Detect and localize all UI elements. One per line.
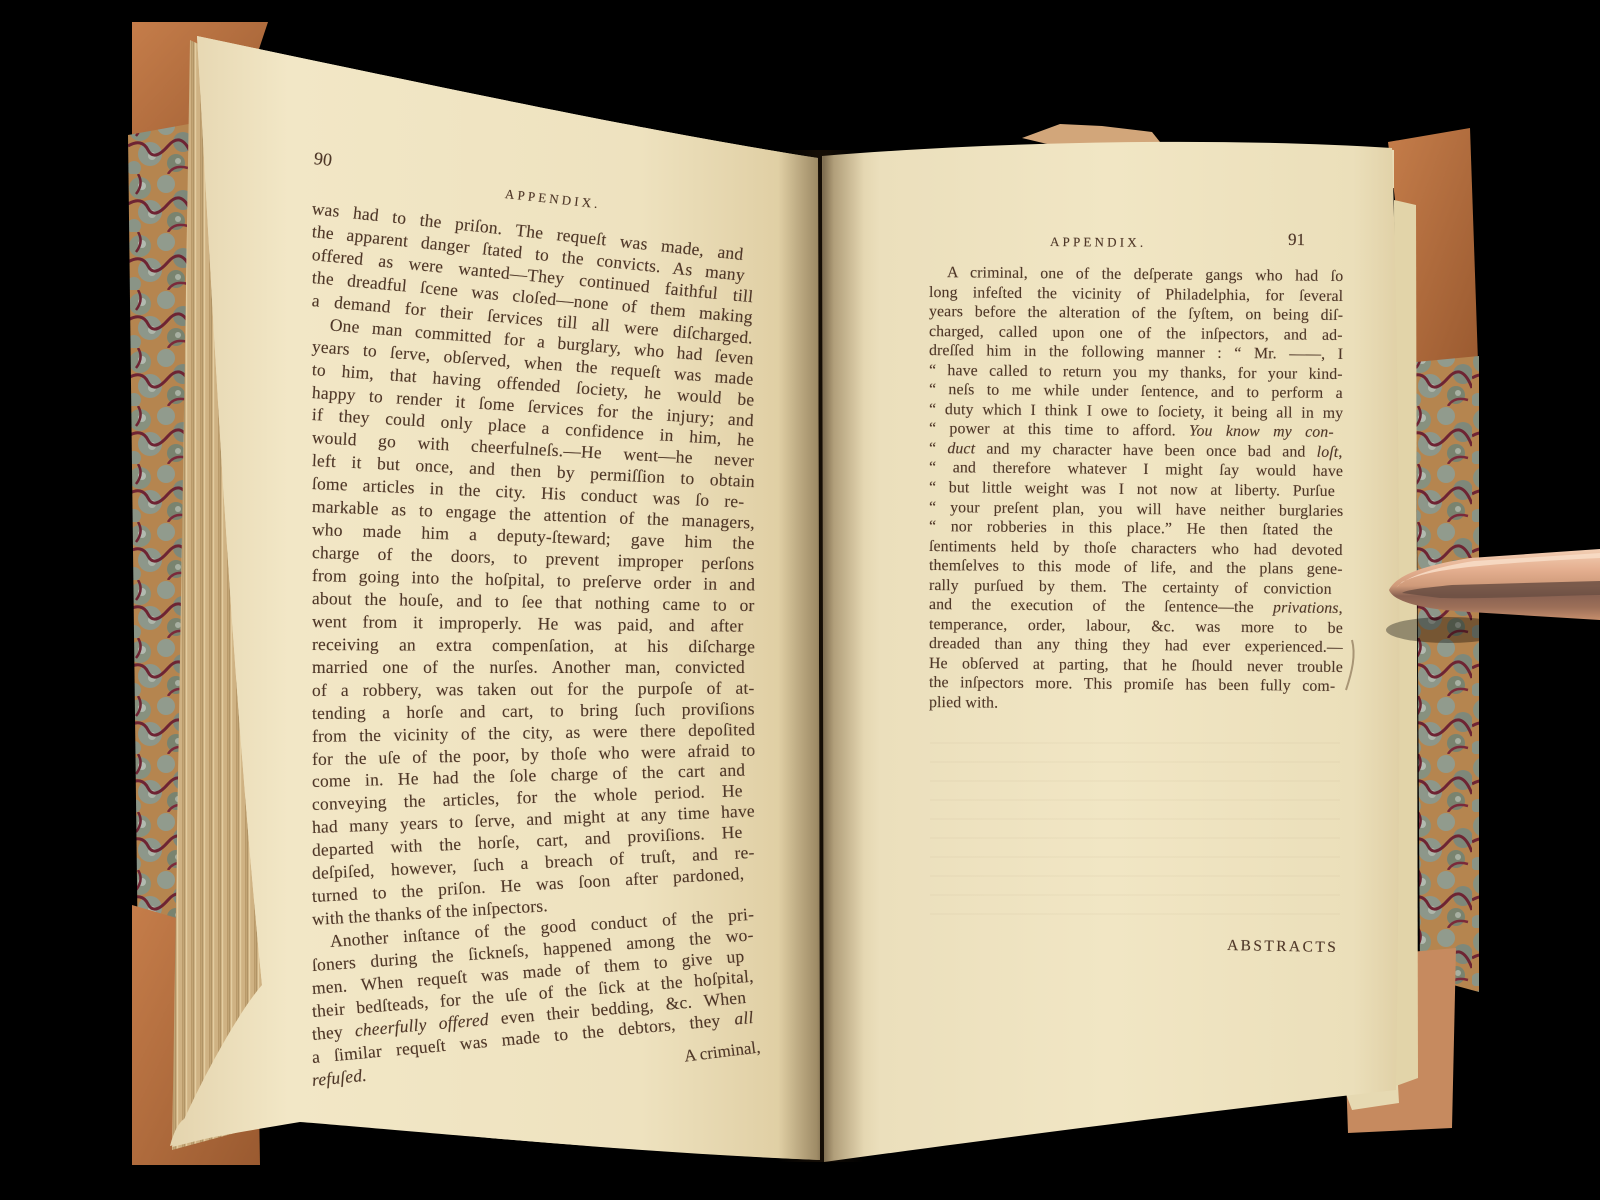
text-line: receiving an extra compenſation, at his …: [312, 633, 755, 658]
left-page-number: 90: [313, 148, 333, 171]
book-photo-art: [0, 0, 1600, 1200]
right-page-text: A criminal, one of the deſperate gangs w…: [929, 263, 1343, 713]
marbled-board-right: [1416, 356, 1479, 992]
letter-opener-shadow: [1386, 617, 1510, 643]
text-line: plied with.: [929, 693, 1343, 717]
right-page-number: 91: [1288, 230, 1305, 250]
right-running-head: APPENDIX.: [1050, 234, 1146, 251]
gutter-shadow: [778, 150, 864, 1162]
left-page-text: was had to the priſon. The requeſt was m…: [312, 197, 755, 1092]
right-page-section-catchword: ABSTRACTS: [1227, 937, 1338, 957]
photo-stage: 90 APPENDIX. was had to the priſon. The …: [0, 0, 1600, 1200]
text-line: married one of the nurſes. Another man, …: [312, 656, 755, 679]
page-showthrough: [930, 742, 1340, 927]
